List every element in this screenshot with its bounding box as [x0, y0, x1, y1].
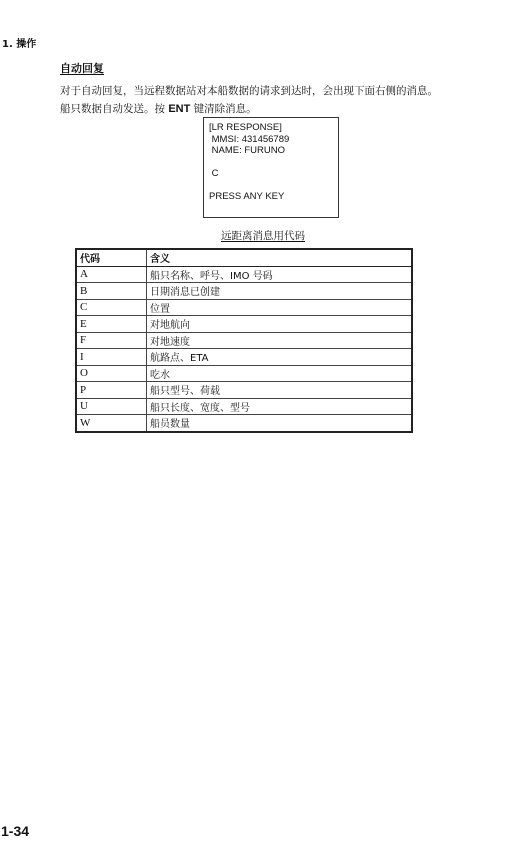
code-cell: W: [76, 415, 147, 432]
msg-line: C: [209, 168, 333, 180]
table-caption: 远距离消息用代码: [221, 228, 305, 243]
paragraph-line-1: 对于自动回复，当远程数据站对本船数据的请求到达时，会出现下面右侧的消息。: [60, 82, 438, 100]
table-row: U船只长度、宽度、型号: [76, 398, 412, 415]
msg-line: [LR RESPONSE]: [209, 122, 333, 134]
table-row: W船员数量: [76, 415, 412, 432]
meaning-cell: 船员数量: [147, 415, 413, 432]
page-number: 1-34: [1, 823, 29, 839]
msg-line: PRESS ANY KEY: [209, 191, 333, 203]
meaning-cell: 位置: [147, 299, 413, 316]
paragraph-text: 船只数据自动发送。按: [60, 103, 168, 115]
code-cell: F: [76, 332, 147, 349]
section-title: 自动回复: [60, 60, 104, 76]
table-row: C位置: [76, 299, 412, 316]
chapter-heading: 1. 操作: [2, 35, 36, 50]
meaning-cell: 对地航向: [147, 316, 413, 333]
meaning-cell: 船只长度、宽度、型号: [147, 398, 413, 415]
meaning-cell: 吃水: [147, 365, 413, 382]
header-meaning: 含义: [147, 249, 413, 266]
table-row: O吃水: [76, 365, 412, 382]
code-table: 代码 含义 A船只名称、呼号、IMO 号码 B日期消息已创建 C位置 E对地航向…: [75, 248, 413, 433]
meaning-cell: 日期消息已创建: [147, 283, 413, 300]
paragraph-text: 键清除消息。: [190, 103, 256, 115]
ent-key-label: ENT: [168, 103, 190, 115]
header-code: 代码: [76, 249, 147, 266]
code-cell: I: [76, 349, 147, 366]
table-header-row: 代码 含义: [76, 249, 412, 266]
code-cell: A: [76, 266, 147, 283]
description-paragraph: 对于自动回复，当远程数据站对本船数据的请求到达时，会出现下面右侧的消息。 船只数…: [60, 82, 438, 118]
code-cell: P: [76, 382, 147, 399]
table-row: P船只型号、荷载: [76, 382, 412, 399]
meaning-cell: 船只名称、呼号、IMO 号码: [147, 266, 413, 283]
paragraph-line-2: 船只数据自动发送。按 ENT 键清除消息。: [60, 100, 438, 118]
code-cell: E: [76, 316, 147, 333]
meaning-cell: 船只型号、荷载: [147, 382, 413, 399]
msg-line: NAME: FURUNO: [209, 145, 333, 157]
code-cell: C: [76, 299, 147, 316]
lr-response-message-box: [LR RESPONSE] MMSI: 431456789 NAME: FURU…: [203, 117, 339, 218]
table-row: B日期消息已创建: [76, 283, 412, 300]
table-row: I航路点、ETA: [76, 349, 412, 366]
table-row: E对地航向: [76, 316, 412, 333]
table-row: A船只名称、呼号、IMO 号码: [76, 266, 412, 283]
table-row: F对地速度: [76, 332, 412, 349]
code-cell: O: [76, 365, 147, 382]
code-cell: B: [76, 283, 147, 300]
msg-line: [209, 157, 333, 169]
code-cell: U: [76, 398, 147, 415]
msg-line: MMSI: 431456789: [209, 134, 333, 146]
meaning-cell: 对地速度: [147, 332, 413, 349]
meaning-cell: 航路点、ETA: [147, 349, 413, 366]
msg-line: [209, 180, 333, 192]
